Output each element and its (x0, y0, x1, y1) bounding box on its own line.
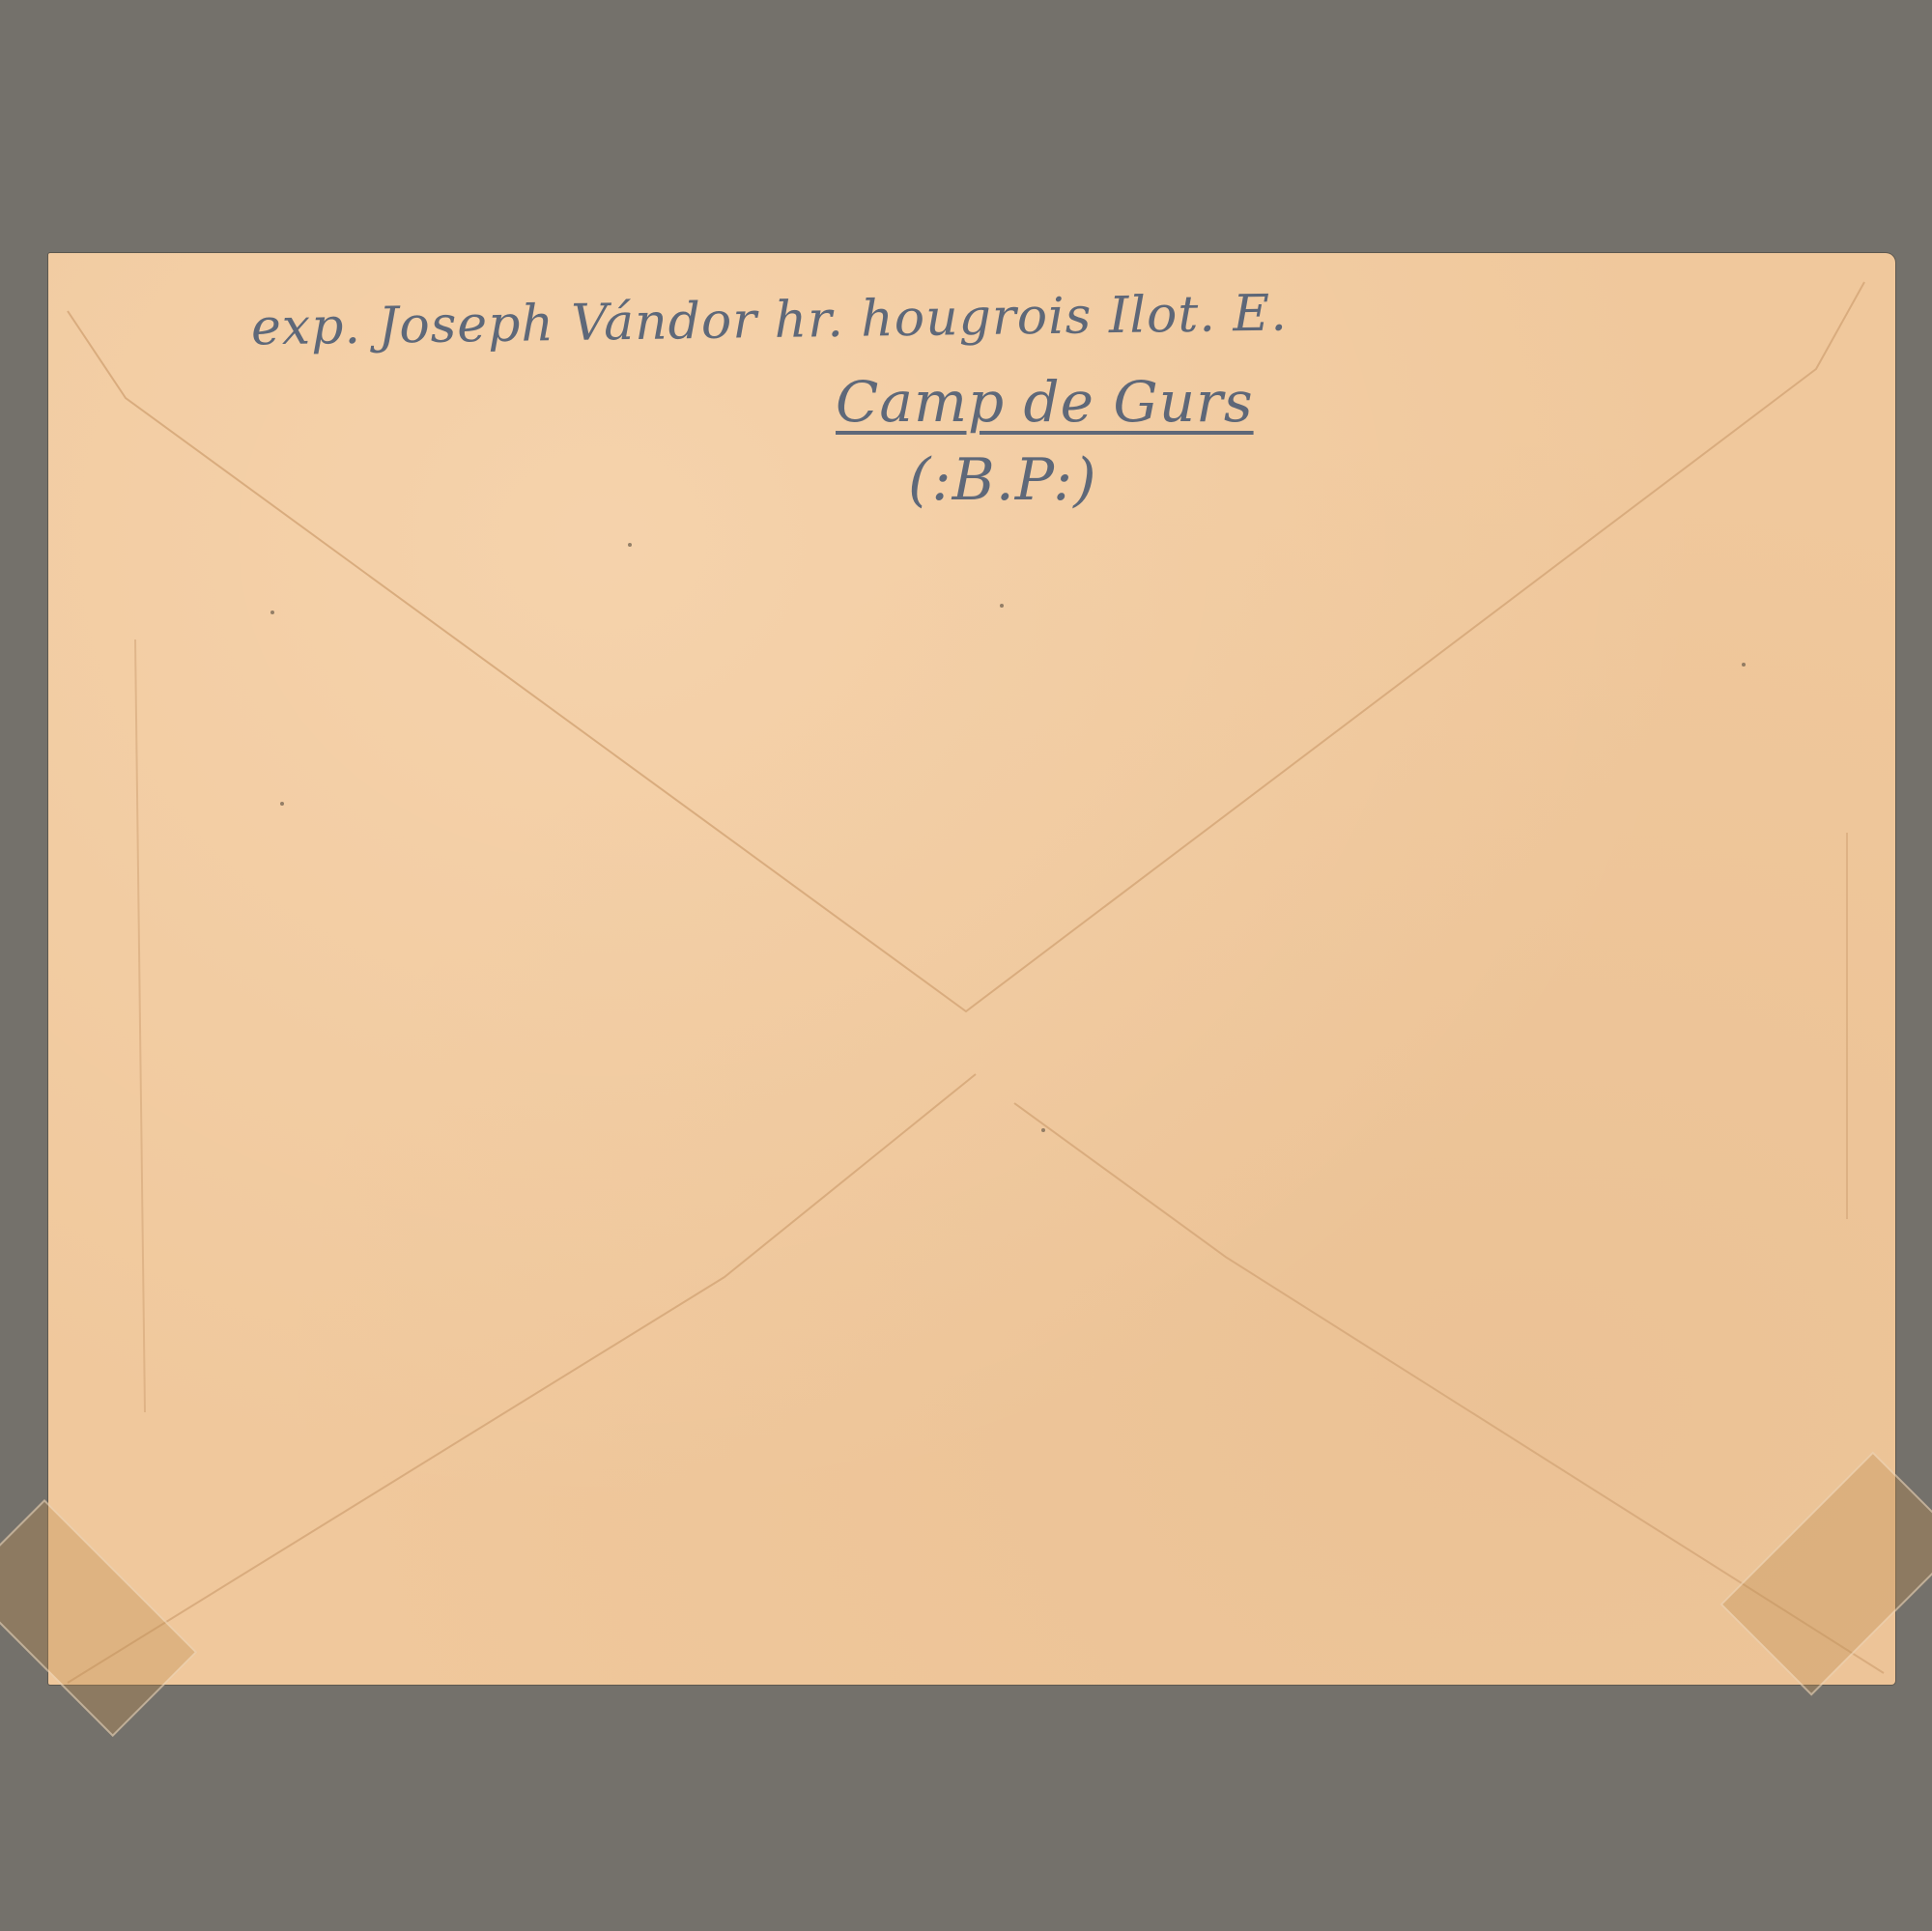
paper-speck (1742, 663, 1746, 667)
paper-speck (628, 543, 632, 547)
paper-speck (280, 802, 284, 806)
paper-speck (270, 611, 274, 614)
abbreviation-note: (:B.P:) (908, 446, 1097, 514)
envelope-back: exp. Joseph Vándor hr. hougrois Ilot. E.… (48, 253, 1895, 1685)
camp-name: Camp de Gurs (836, 369, 1254, 435)
paper-speck (1000, 604, 1004, 608)
paper-speck (1041, 1128, 1045, 1132)
